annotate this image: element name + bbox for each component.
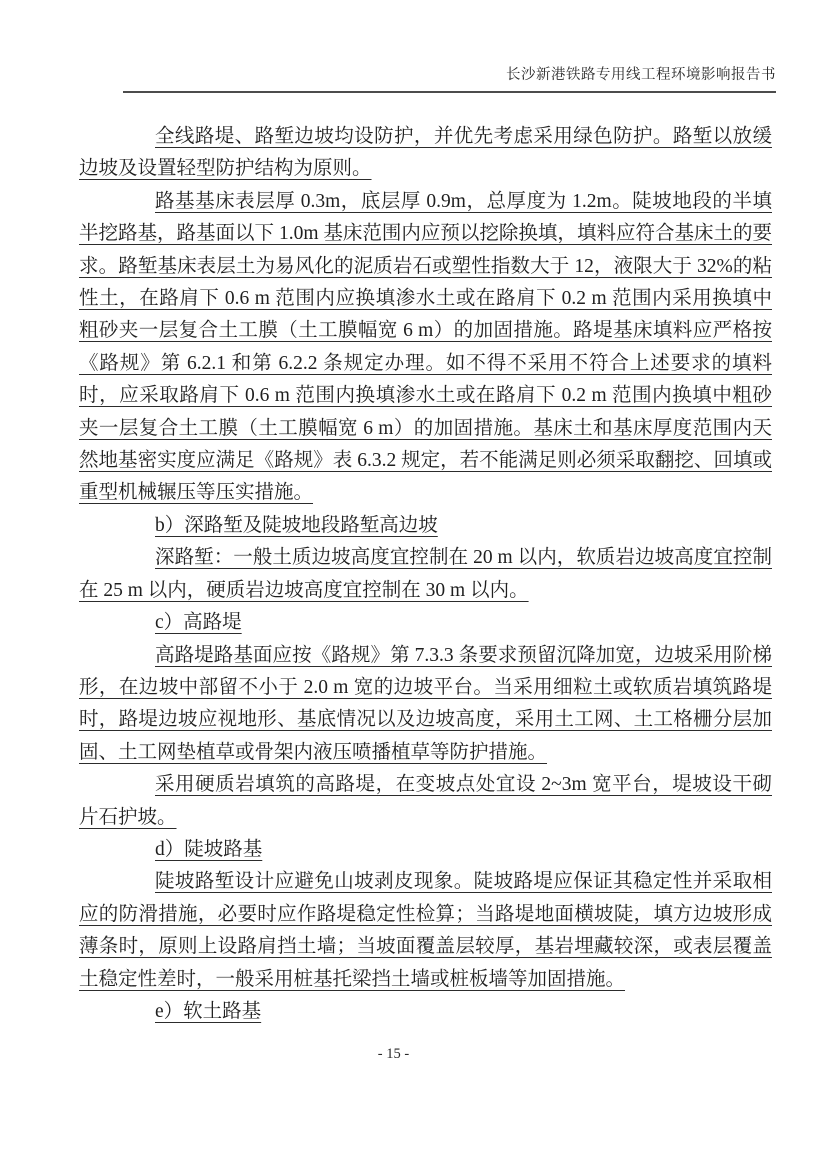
header-title: 长沙新港铁路专用线工程环境影响报告书 [506, 67, 776, 83]
section-heading: d）陡坡路基 [79, 834, 772, 866]
body-paragraph: 全线路堤、路堑边坡均设防护，并优先考虑采用绿色防护。路堑以放缓边坡及设置轻型防护… [79, 121, 772, 186]
section-heading: b）深路堑及陡坡地段路堑高边坡 [79, 510, 772, 542]
section-heading: e）软土路基 [79, 996, 772, 1028]
section-heading: c）高路堤 [79, 607, 772, 639]
page-number: - 15 - [378, 1046, 409, 1062]
body-paragraph: 陡坡路堑设计应避免山坡剥皮现象。陡坡路堤应保证其稳定性并采取相应的防滑措施，必要… [79, 866, 772, 996]
body-paragraph: 路基基床表层厚 0.3m，底层厚 0.9m，总厚度为 1.2m。陡坡地段的半填半… [79, 186, 772, 510]
page-footer: - 15 - [0, 1046, 787, 1063]
body-paragraph: 采用硬质岩填筑的高路堤，在变坡点处宜设 2~3m 宽平台，堤坡设干砌片石护坡。 [79, 769, 772, 834]
body-paragraph: 深路堑：一般土质边坡高度宜控制在 20 m 以内，软质岩边坡高度宜控制在 25 … [79, 542, 772, 607]
body-paragraph: 高路堤路基面应按《路规》第 7.3.3 条要求预留沉降加宽，边坡采用阶梯形，在边… [79, 640, 772, 770]
document-page: 长沙新港铁路专用线工程环境影响报告书 全线路堤、路堑边坡均设防护，并优先考虑采用… [0, 0, 827, 1169]
page-header: 长沙新港铁路专用线工程环境影响报告书 [123, 64, 776, 93]
document-body: 全线路堤、路堑边坡均设防护，并优先考虑采用绿色防护。路堑以放缓边坡及设置轻型防护… [79, 121, 772, 1028]
